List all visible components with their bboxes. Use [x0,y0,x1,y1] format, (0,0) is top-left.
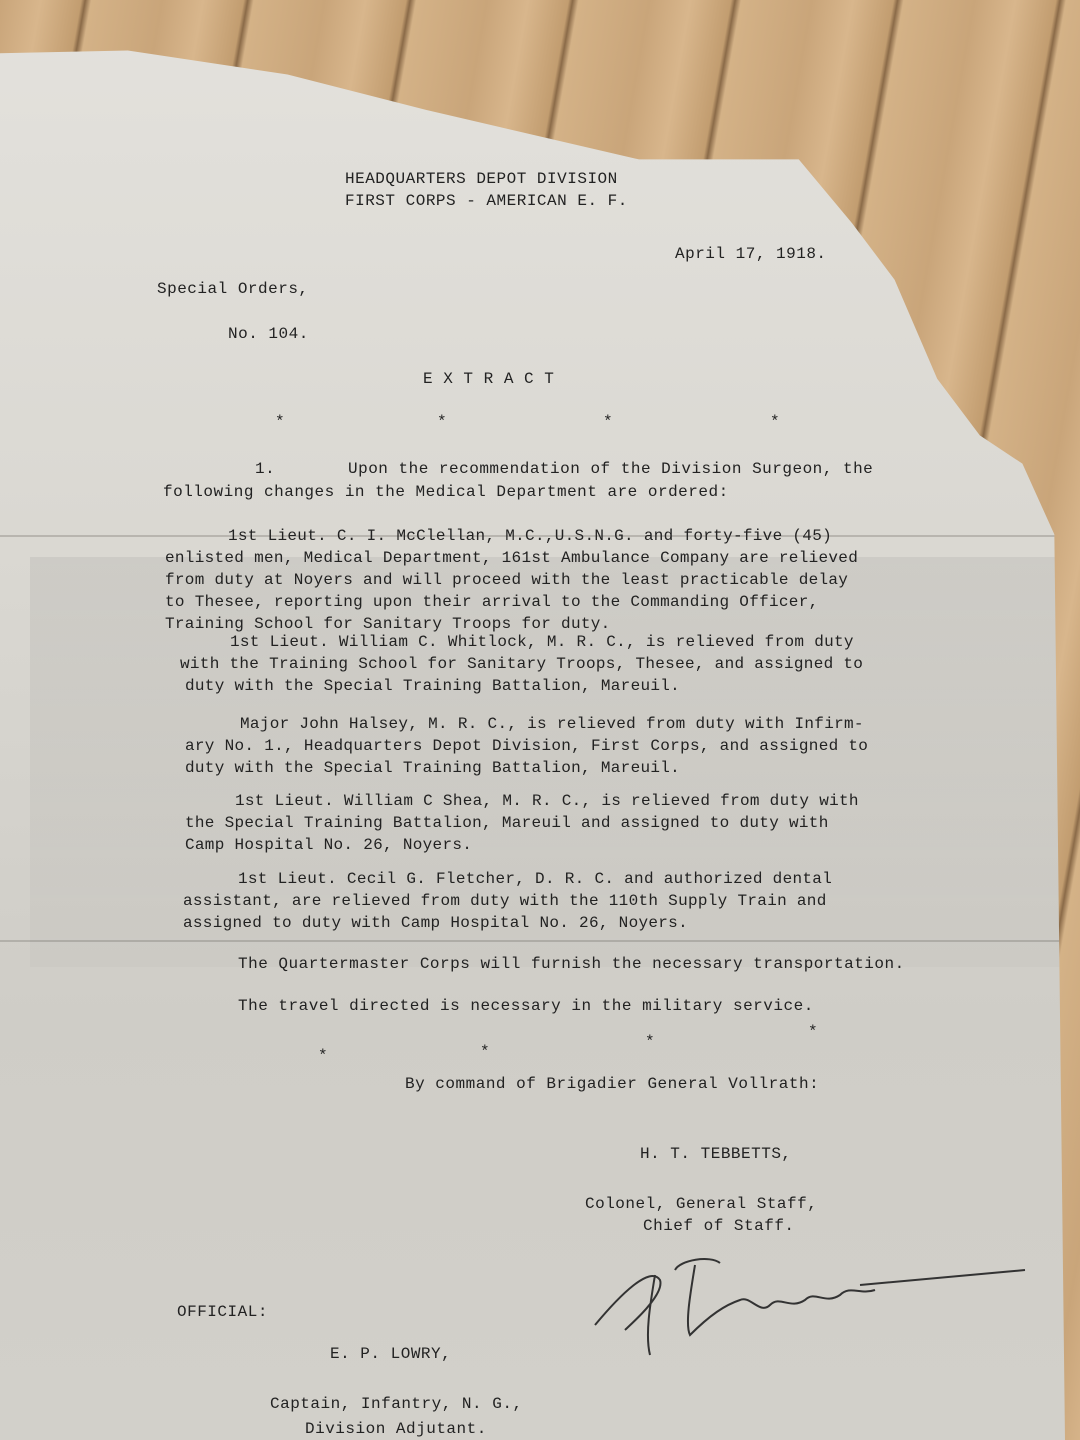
order-type: Special Orders, [157,280,309,298]
separator-star: * [770,413,780,431]
order-3-line-1: Major John Halsey, M. R. C., is relieved… [240,713,864,735]
separator-star: * [603,413,613,431]
order-number: No. 104. [228,325,309,343]
intro-line-2: following changes in the Medical Departm… [163,483,729,501]
order-1-line-1: 1st Lieut. C. I. McClellan, M.C.,U.S.N.G… [228,525,832,547]
order-2-line-3: duty with the Special Training Battalion… [185,675,680,697]
order-5-line-1: 1st Lieut. Cecil G. Fletcher, D. R. C. a… [238,868,832,890]
order-4-line-3: Camp Hospital No. 26, Noyers. [185,834,472,856]
order-5-line-3: assigned to duty with Camp Hospital No. … [183,912,688,934]
adjutant-title-1: Captain, Infantry, N. G., [270,1395,523,1413]
chief-of-staff-name: H. T. TEBBETTS, [640,1145,792,1163]
extract-title: E X T R A C T [423,370,554,388]
handwritten-signature [590,1255,1030,1365]
paragraph-number: 1. [255,460,275,478]
quartermaster-line: The Quartermaster Corps will furnish the… [238,955,905,973]
intro-line-1: Upon the recommendation of the Division … [348,460,873,478]
separator-star: * [645,1033,655,1051]
order-5-line-2: assistant, are relieved from duty with t… [183,890,827,912]
adjutant-name: E. P. LOWRY, [330,1345,451,1363]
order-4-line-2: the Special Training Battalion, Mareuil … [185,812,829,834]
chief-of-staff-title-1: Colonel, General Staff, [585,1195,817,1213]
order-3-line-2: ary No. 1., Headquarters Depot Division,… [185,735,868,757]
document-paper: HEADQUARTERS DEPOT DIVISION FIRST CORPS … [0,25,1065,1440]
order-1-line-3: from duty at Noyers and will proceed wit… [165,569,848,591]
header-line-2: FIRST CORPS - AMERICAN E. F. [345,192,628,210]
order-2-line-2: with the Training School for Sanitary Tr… [180,653,863,675]
order-2-line-1: 1st Lieut. William C. Whitlock, M. R. C.… [230,631,854,653]
order-1-line-2: enlisted men, Medical Department, 161st … [165,547,858,569]
chief-of-staff-title-2: Chief of Staff. [643,1217,795,1235]
separator-star: * [437,413,447,431]
adjutant-title-2: Division Adjutant. [305,1420,487,1438]
separator-star: * [480,1043,490,1061]
official-label: OFFICIAL: [177,1303,268,1321]
order-date: April 17, 1918. [675,245,827,263]
separator-star: * [808,1023,818,1041]
order-1-line-4: to Thesee, reporting upon their arrival … [165,591,819,613]
order-4-line-1: 1st Lieut. William C Shea, M. R. C., is … [235,790,859,812]
separator-star: * [318,1047,328,1065]
travel-line: The travel directed is necessary in the … [238,997,814,1015]
command-line: By command of Brigadier General Vollrath… [405,1075,819,1093]
header-line-1: HEADQUARTERS DEPOT DIVISION [345,170,618,188]
separator-star: * [275,413,285,431]
order-3-line-3: duty with the Special Training Battalion… [185,757,680,779]
